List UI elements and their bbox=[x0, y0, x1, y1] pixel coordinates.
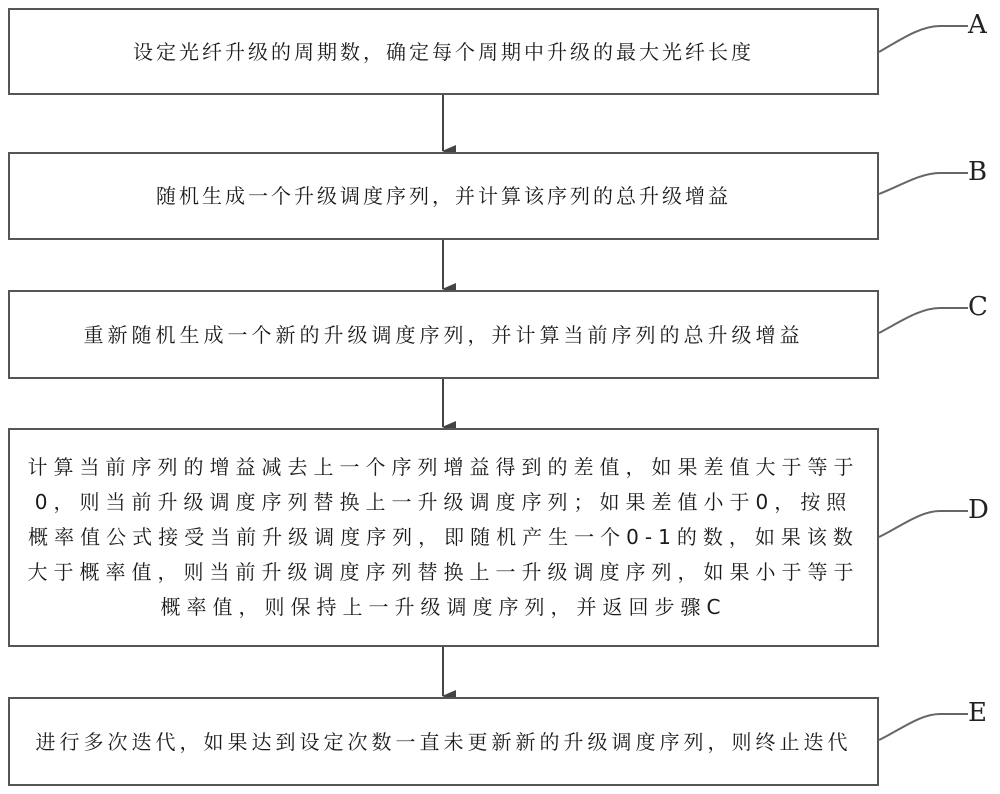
leader-line-b bbox=[879, 173, 968, 194]
leader-line-a bbox=[879, 26, 968, 52]
leader-line-e bbox=[879, 714, 968, 740]
step-text-d: 计算当前序列的增益减去上一个序列增益得到的差值，如果差值大于等于0，则当前升级调… bbox=[24, 450, 863, 625]
step-box-b: 随机生成一个升级调度序列，并计算该序列的总升级增益 bbox=[8, 152, 879, 240]
step-text-a: 设定光纤升级的周期数，确定每个周期中升级的最大光纤长度 bbox=[133, 35, 754, 69]
step-text-e: 进行多次迭代，如果达到设定次数一直未更新新的升级调度序列，则终止迭代 bbox=[36, 725, 852, 759]
connectors bbox=[0, 0, 1000, 794]
step-box-e: 进行多次迭代，如果达到设定次数一直未更新新的升级调度序列，则终止迭代 bbox=[8, 697, 879, 786]
step-label-e: E bbox=[968, 698, 987, 728]
leader-line-d bbox=[879, 511, 968, 537]
step-label-b: B bbox=[968, 157, 987, 187]
step-label-d: D bbox=[968, 495, 989, 525]
leader-line-c bbox=[879, 308, 968, 333]
step-label-a: A bbox=[968, 10, 987, 40]
step-box-a: 设定光纤升级的周期数，确定每个周期中升级的最大光纤长度 bbox=[8, 8, 879, 95]
step-text-c: 重新随机生成一个新的升级调度序列，并计算当前序列的总升级增益 bbox=[84, 318, 804, 352]
step-box-c: 重新随机生成一个新的升级调度序列，并计算当前序列的总升级增益 bbox=[8, 290, 879, 379]
step-text-b: 随机生成一个升级调度序列，并计算该序列的总升级增益 bbox=[156, 179, 731, 213]
step-box-d: 计算当前序列的增益减去上一个序列增益得到的差值，如果差值大于等于0，则当前升级调… bbox=[8, 428, 879, 647]
step-label-c: C bbox=[968, 292, 988, 322]
